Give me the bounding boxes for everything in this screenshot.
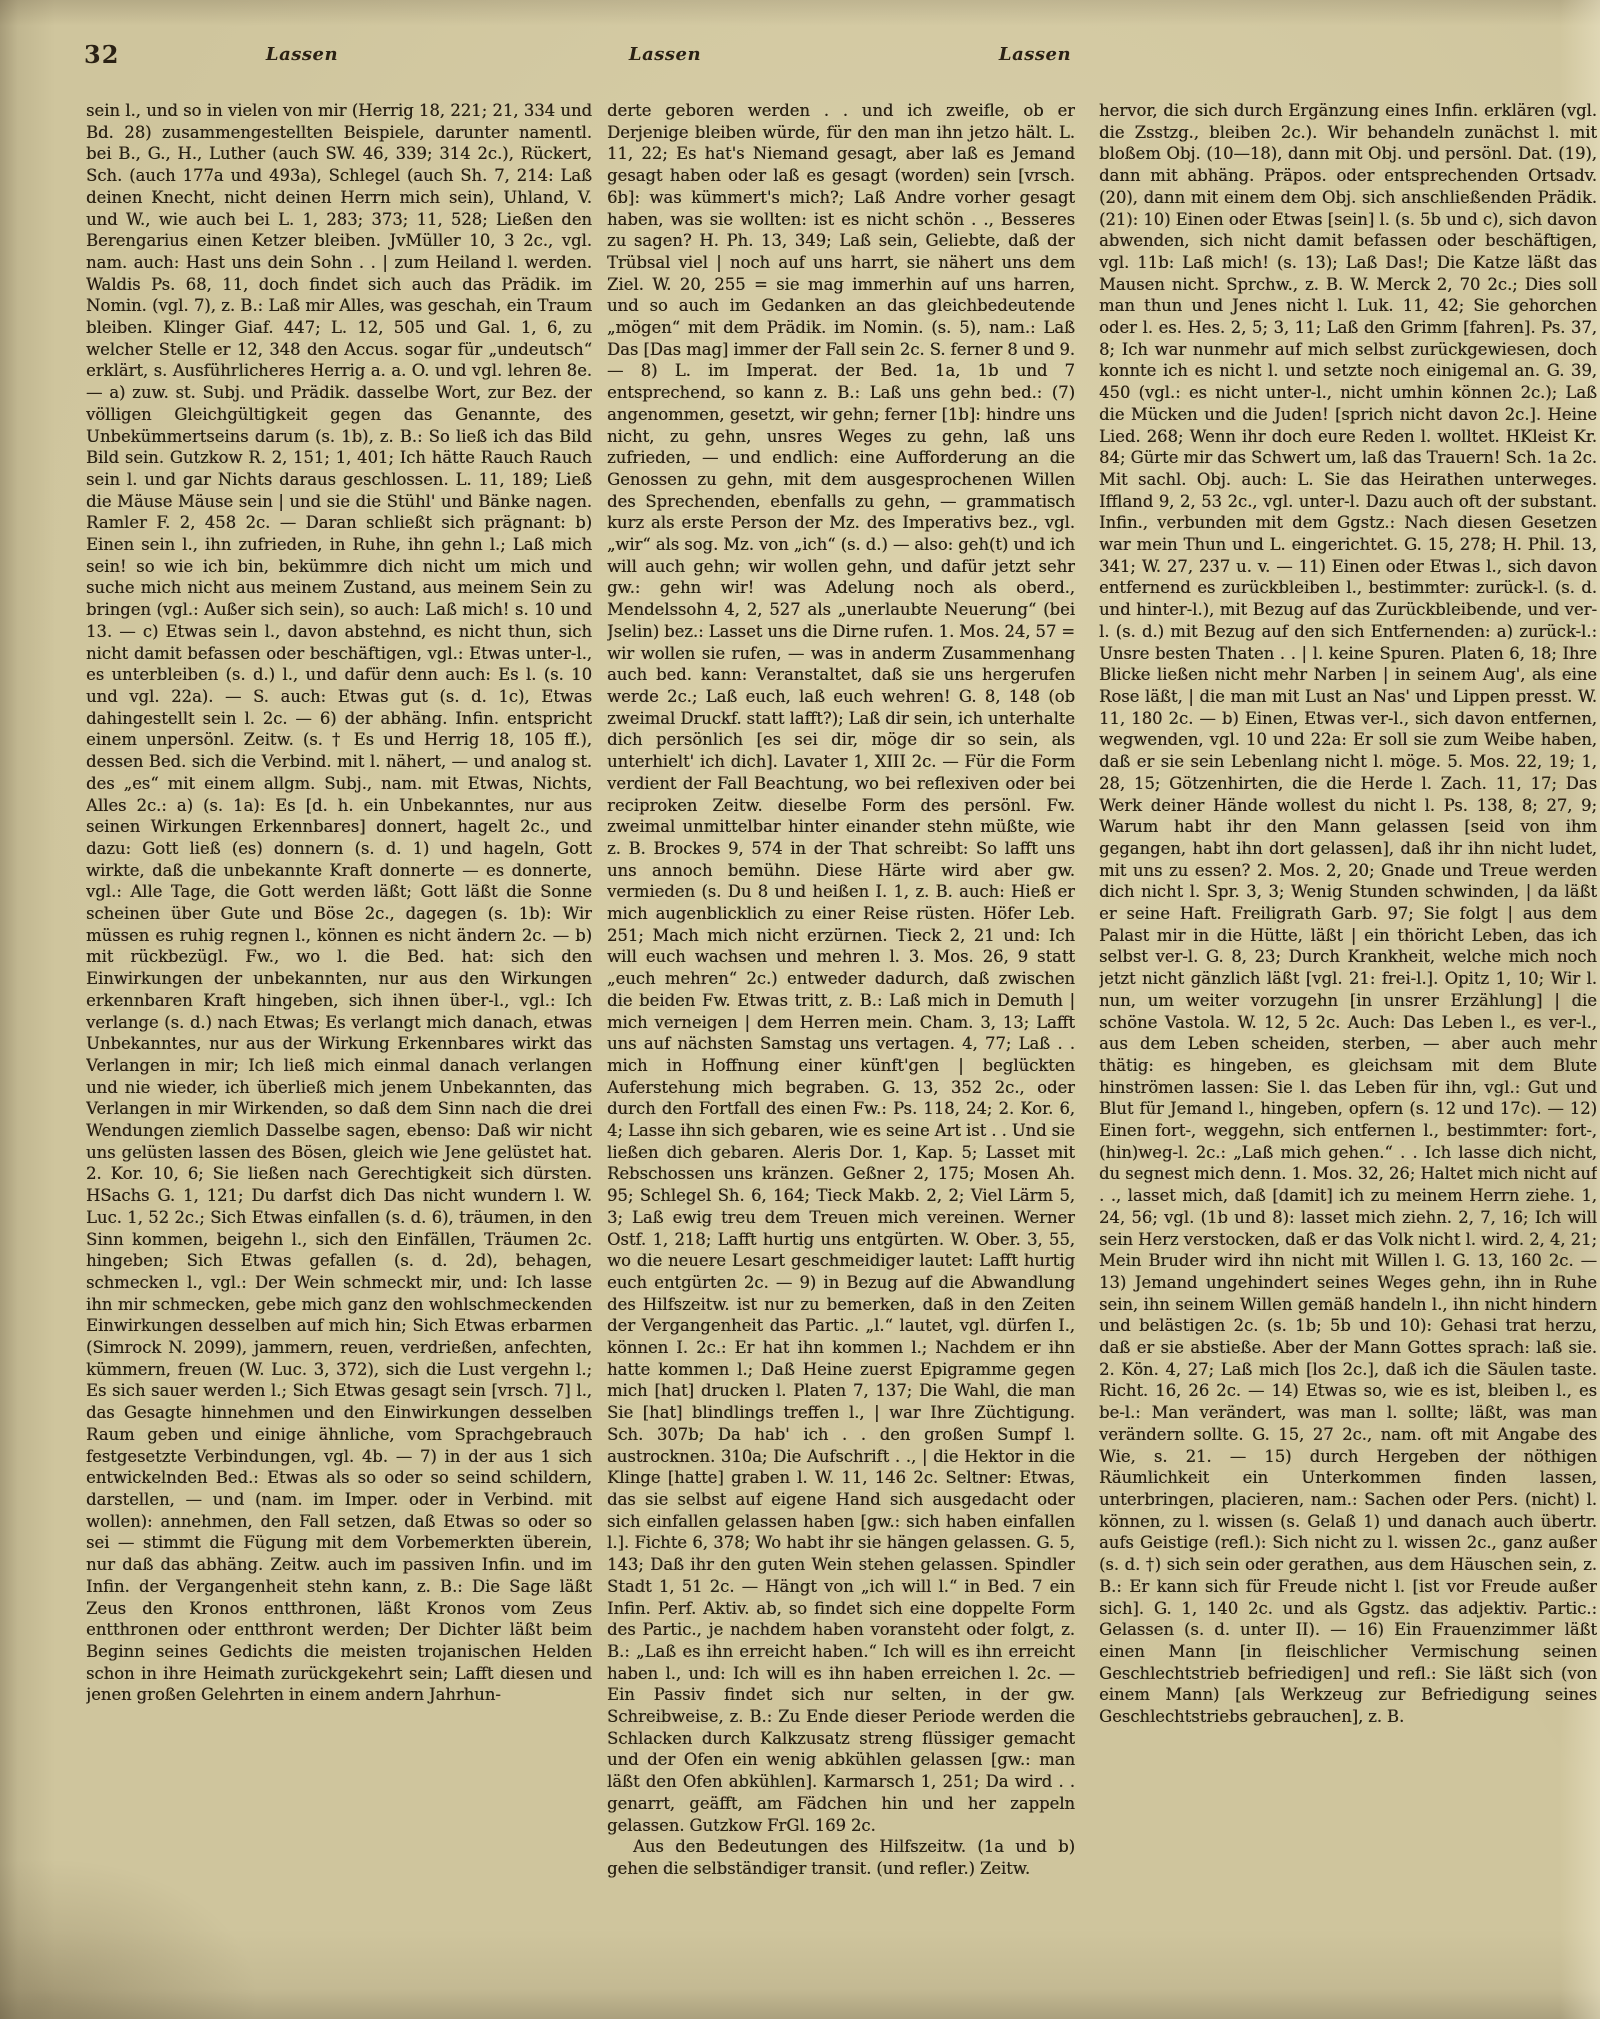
text-column-3: hervor, die sich durch Ergänzung eines I… (1099, 100, 1597, 1898)
running-head-column-2: Lassen (545, 44, 785, 65)
text-column-1: sein l., und so in vielen von mir (Herri… (86, 100, 592, 1898)
paragraph: hervor, die sich durch Ergänzung eines I… (1099, 100, 1597, 1728)
paragraph: sein l., und so in vielen von mir (Herri… (86, 100, 592, 1706)
paragraph: Aus den Bedeutungen des Hilfszeitw. (1a … (607, 1836, 1075, 1879)
paragraph: derte geboren werden . . und ich zweifle… (607, 100, 1075, 1836)
running-head-column-3: Lassen (915, 44, 1155, 65)
dictionary-page: 32 Lassen Lassen Lassen sein l., und so … (0, 0, 1600, 2019)
text-column-2: derte geboren werden . . und ich zweifle… (607, 100, 1075, 1898)
running-head-column-1: Lassen (182, 44, 422, 65)
page-number: 32 (84, 40, 119, 69)
